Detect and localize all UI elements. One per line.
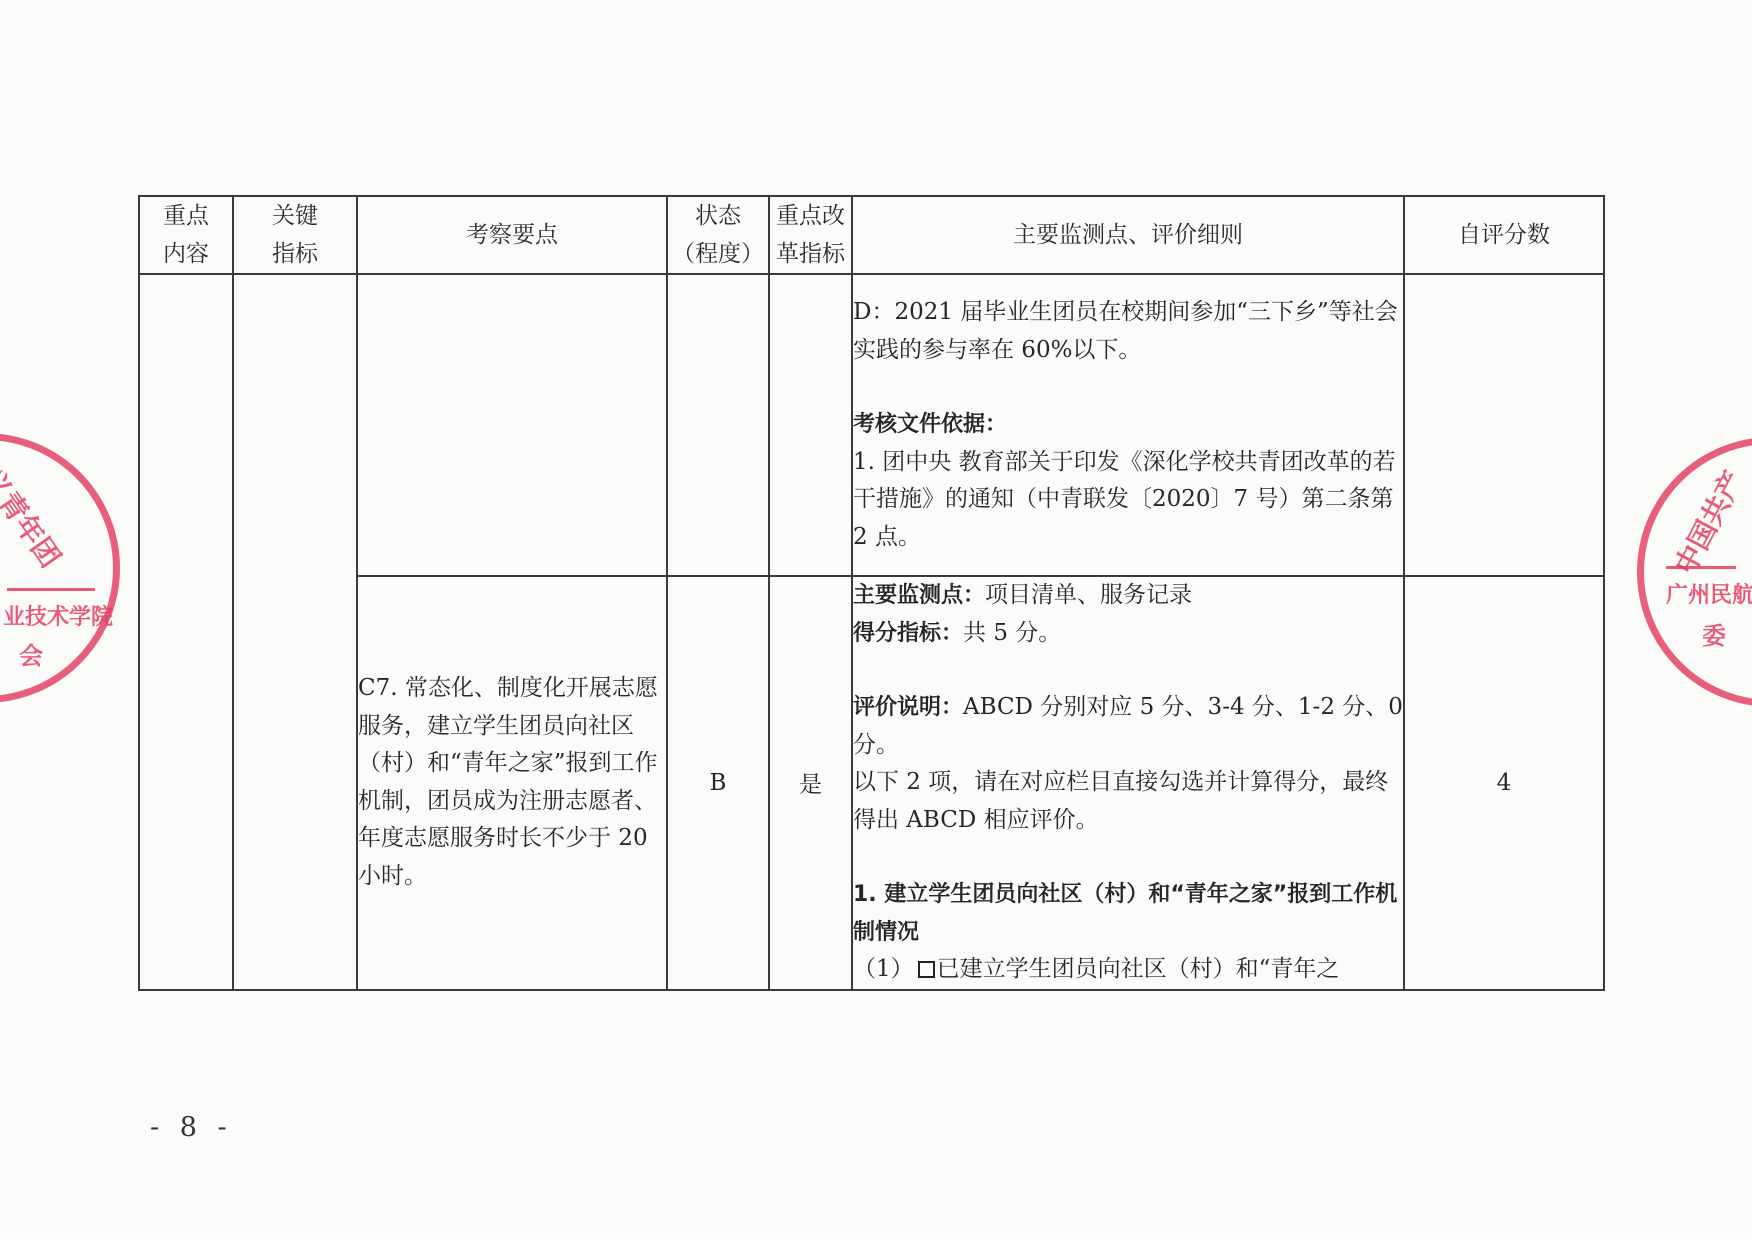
table-row: C7. 常态化、制度化开展志愿服务，建立学生团员向社区（村）和“青年之家”报到工…	[139, 576, 1604, 990]
seal-left-middle-text: 业技术学院	[3, 600, 113, 631]
header-key-indicator: 关键 指标	[233, 196, 357, 274]
page-number: - 8 -	[150, 1112, 233, 1143]
header-reform-line2: 革指标	[770, 235, 851, 273]
eval-label: 评价说明：	[853, 695, 963, 720]
cell-details: D：2021 届毕业生团员在校期间参加“三下乡”等社会实践的参与率在 60%以下…	[852, 274, 1404, 576]
monitor-label: 主要监测点：	[853, 583, 985, 608]
eval-line: 评价说明：ABCD 分别对应 5 分、3-4 分、1-2 分、0 分。	[853, 689, 1403, 764]
official-seal-right: 中国共产 广州民航 委	[1637, 437, 1752, 707]
monitor-text: 项目清单、服务记录	[985, 582, 1192, 608]
header-key-indicator-line2: 指标	[234, 235, 356, 273]
monitor-line: 主要监测点：项目清单、服务记录	[853, 577, 1403, 615]
header-status-line2: （程度）	[668, 235, 768, 273]
cell-self-score	[1404, 274, 1604, 576]
seal-right-bar	[1666, 566, 1736, 569]
header-key-content: 重点 内容	[139, 196, 233, 274]
cell-reform-indicator	[769, 274, 852, 576]
header-self-score: 自评分数	[1404, 196, 1604, 274]
table-header-row: 重点 内容 关键 指标 考察要点 状态 （程度） 重点改 革指标 主要监测点、评…	[139, 196, 1604, 274]
header-inspection-point: 考察要点	[357, 196, 667, 274]
evaluation-table: 重点 内容 关键 指标 考察要点 状态 （程度） 重点改 革指标 主要监测点、评…	[138, 195, 1605, 991]
basis-text: 1. 团中央 教育部关于印发《深化学校共青团改革的若干措施》的通知（中青联发〔2…	[853, 444, 1403, 557]
cell-key-content	[139, 274, 233, 990]
seal-right-top-text: 中国共产	[1664, 463, 1752, 581]
criteria-d-text: D：2021 届毕业生团员在校期间参加“三下乡”等社会实践的参与率在 60%以下…	[853, 294, 1403, 369]
header-key-content-line2: 内容	[140, 235, 232, 273]
cell-reform-indicator: 是	[769, 576, 852, 990]
score-line: 得分指标：共 5 分。	[853, 615, 1403, 653]
cell-key-indicator	[233, 274, 357, 990]
header-reform-line1: 重点改	[770, 197, 851, 235]
item1-option1-text: 已建立学生团员向社区（村）和“青年之	[937, 956, 1340, 982]
cell-status: B	[667, 576, 769, 990]
header-status-line1: 状态	[668, 197, 768, 235]
score-label: 得分指标：	[853, 621, 963, 646]
cell-inspection-point	[357, 274, 667, 576]
instruction-text: 以下 2 项，请在对应栏目直接勾选并计算得分，最终得出 ABCD 相应评价。	[853, 764, 1403, 839]
header-key-content-line1: 重点	[140, 197, 232, 235]
header-status: 状态 （程度）	[667, 196, 769, 274]
cell-details: 主要监测点：项目清单、服务记录 得分指标：共 5 分。 评价说明：ABCD 分别…	[852, 576, 1404, 990]
table-row: D：2021 届毕业生团员在校期间参加“三下乡”等社会实践的参与率在 60%以下…	[139, 274, 1604, 576]
item1-title: 1. 建立学生团员向社区（村）和“青年之家”报到工作机制情况	[853, 876, 1403, 951]
seal-left-top-text: 义青年团	[0, 460, 71, 575]
header-reform-indicator: 重点改 革指标	[769, 196, 852, 274]
basis-title: 考核文件依据：	[853, 406, 1403, 444]
score-text: 共 5 分。	[963, 620, 1061, 646]
checkbox-icon[interactable]	[918, 961, 935, 978]
header-key-indicator-line1: 关键	[234, 197, 356, 235]
seal-right-bottom-text: 委	[1702, 616, 1726, 651]
cell-status	[667, 274, 769, 576]
cell-self-score: 4	[1404, 576, 1604, 990]
document-page: 义青年团 业技术学院 会 中国共产 广州民航 委 重点 内容 关键 指标 考察要	[0, 0, 1752, 1239]
seal-left-bottom-text: 会	[19, 636, 43, 671]
cell-inspection-point: C7. 常态化、制度化开展志愿服务，建立学生团员向社区（村）和“青年之家”报到工…	[357, 576, 667, 990]
item1-option1-prefix: （1）	[853, 956, 914, 982]
item1-option1: （1）已建立学生团员向社区（村）和“青年之	[853, 951, 1403, 989]
official-seal-left: 义青年团 业技术学院 会	[0, 433, 120, 703]
header-monitoring-details: 主要监测点、评价细则	[852, 196, 1404, 274]
seal-right-middle-text: 广州民航	[1666, 578, 1752, 609]
seal-left-bar	[7, 588, 95, 591]
